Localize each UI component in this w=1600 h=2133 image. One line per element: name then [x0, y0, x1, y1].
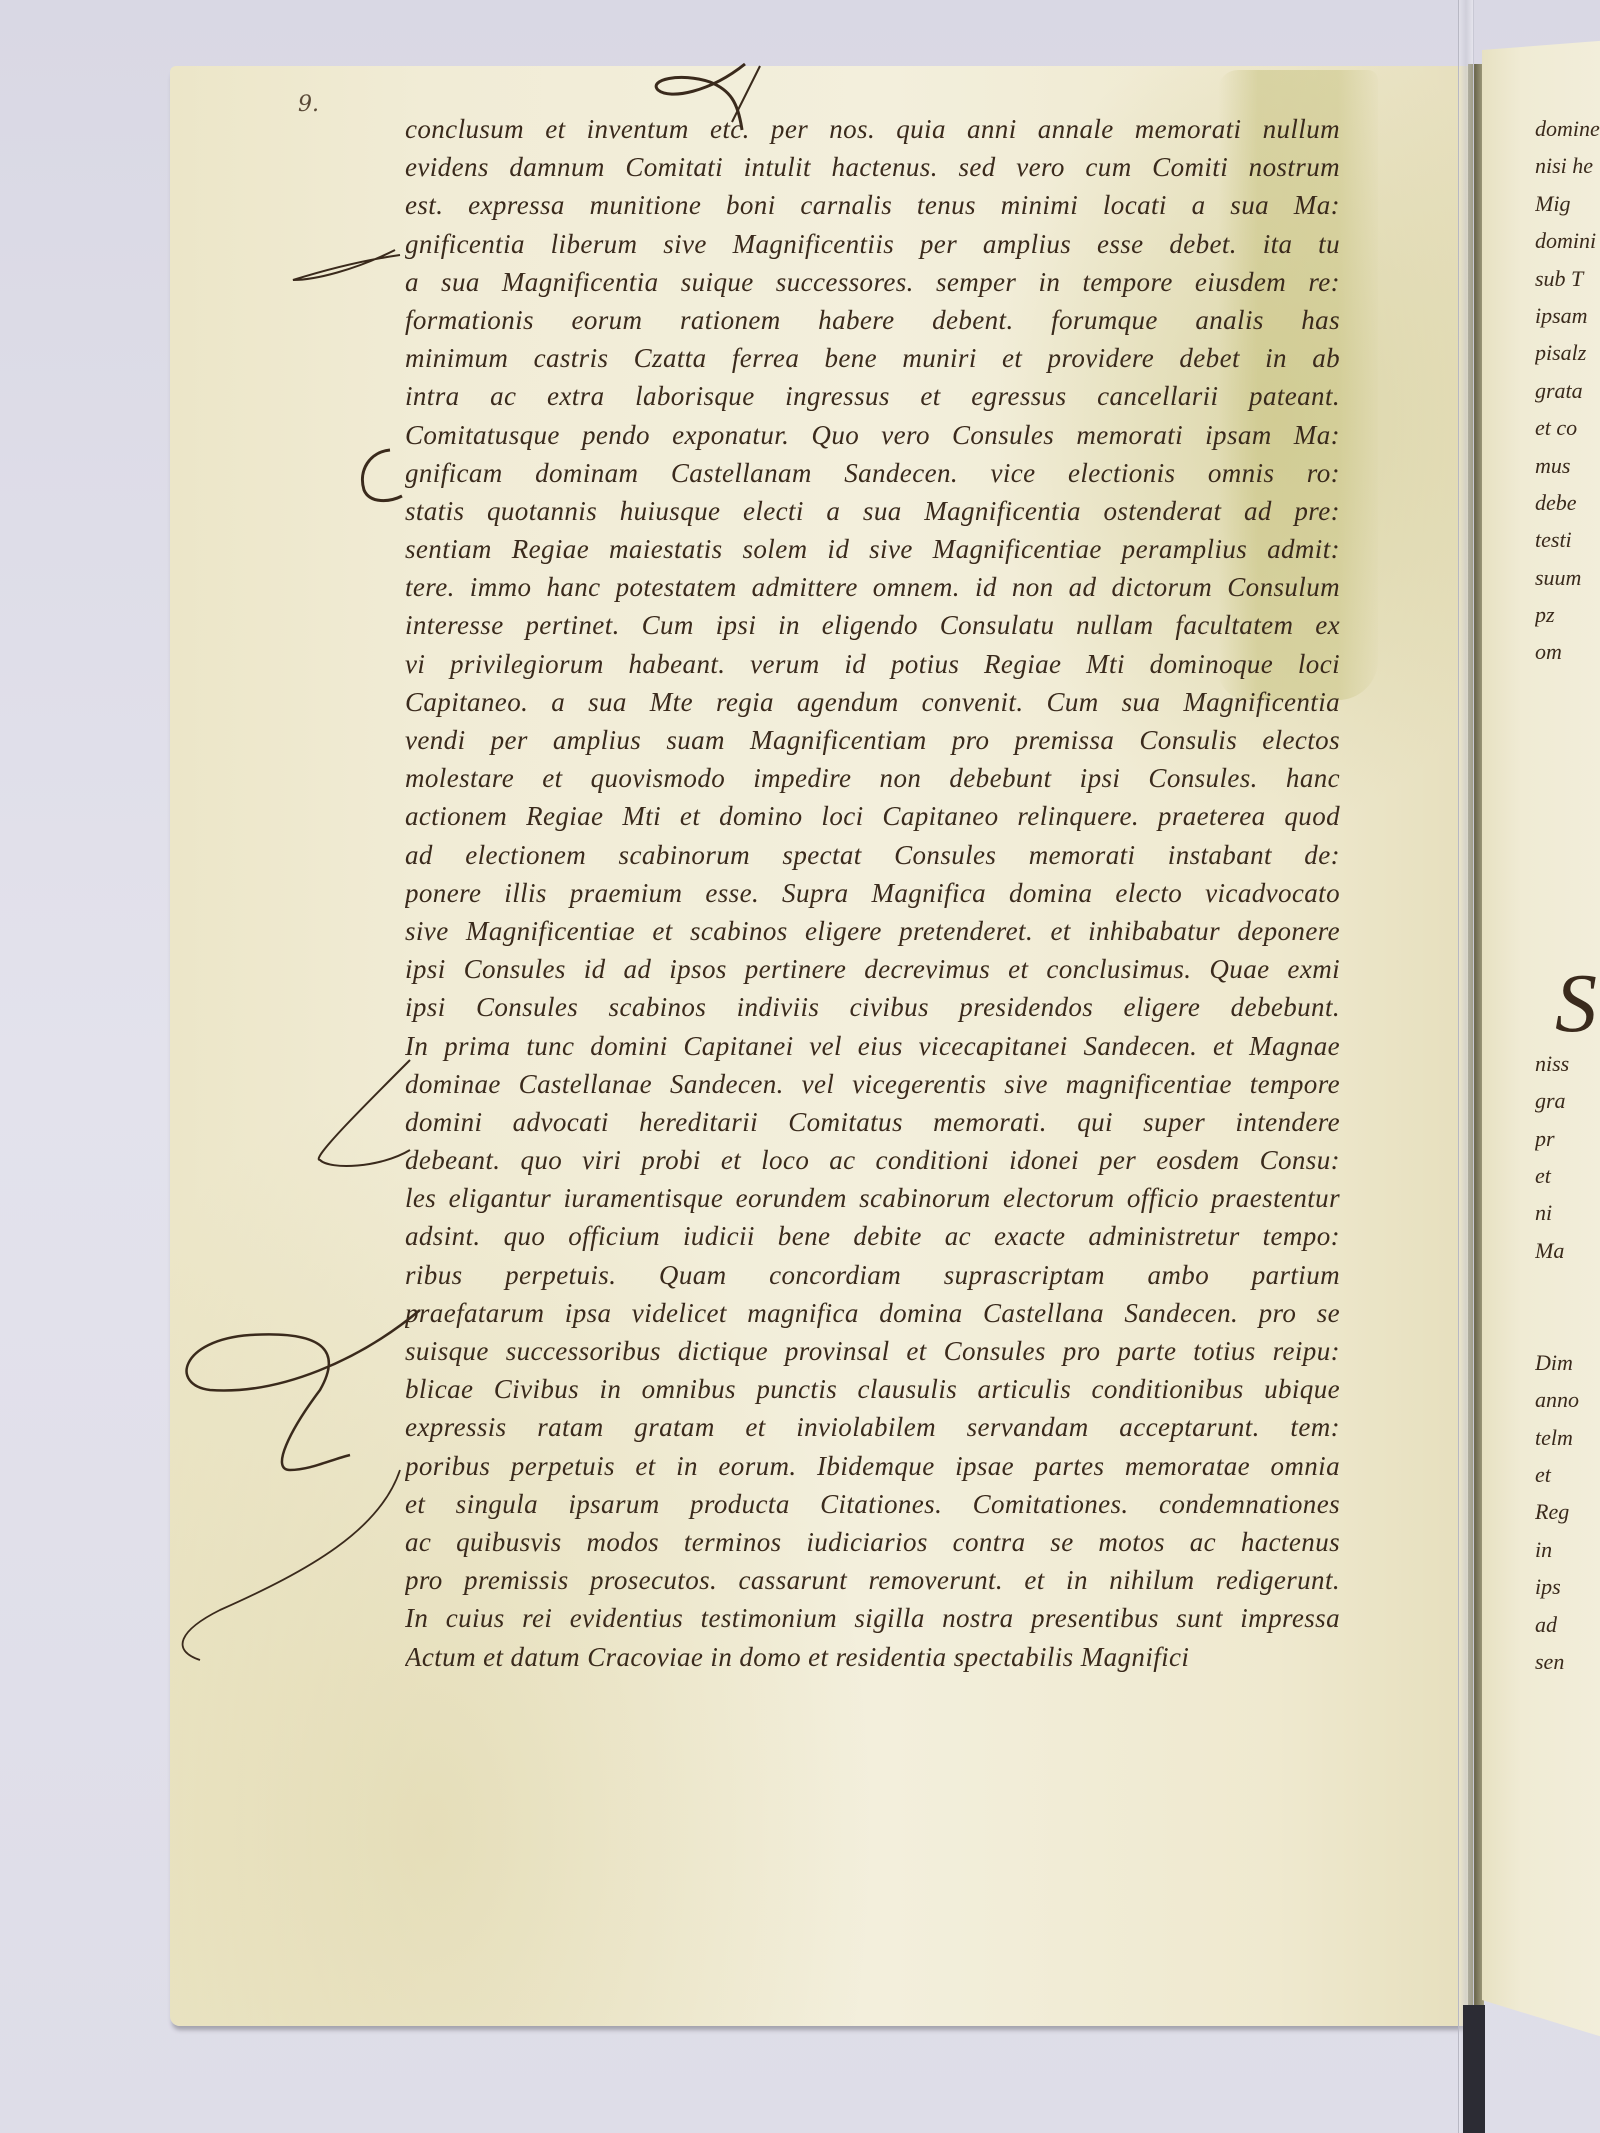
recto-line — [1535, 820, 1600, 857]
recto-line: in — [1535, 1531, 1600, 1568]
manuscript-line: blicae Civibus in omnibus punctis clausu… — [405, 1370, 1340, 1408]
manuscript-line: gnificentia liberum sive Magnificentiis … — [405, 225, 1340, 263]
manuscript-line: ipsi Consules id ad ipsos pertinere decr… — [405, 950, 1340, 988]
manuscript-line: praefatarum ipsa videlicet magnifica dom… — [405, 1294, 1340, 1332]
manuscript-line: dominae Castellanae Sandecen. vel vicege… — [405, 1065, 1340, 1103]
recto-line: Reg — [1535, 1493, 1600, 1530]
recto-line: mus — [1535, 447, 1600, 484]
manuscript-line: minimum castris Czatta ferrea bene munir… — [405, 339, 1340, 377]
recto-line: grata — [1535, 372, 1600, 409]
manuscript-line: intra ac extra laborisque ingressus et e… — [405, 377, 1340, 415]
manuscript-line: ipsi Consules scabinos indiviis civibus … — [405, 988, 1340, 1026]
recto-line: Ma — [1535, 1232, 1600, 1269]
recto-line: Dim — [1535, 1344, 1600, 1381]
recto-line: ni — [1535, 1194, 1600, 1231]
manuscript-line: tere. immo hanc potestatem admittere omn… — [405, 568, 1340, 606]
manuscript-line: pro premissis prosecutos. cassarunt remo… — [405, 1561, 1340, 1599]
recto-line: ips — [1535, 1568, 1600, 1605]
manuscript-line: In prima tunc domini Capitanei vel eius … — [405, 1027, 1340, 1065]
manuscript-line: ponere illis praemium esse. Supra Magnif… — [405, 874, 1340, 912]
recto-line: anno — [1535, 1381, 1600, 1418]
manuscript-line: sive Magnificentiae et scabinos eligere … — [405, 912, 1340, 950]
recto-decorated-initial: S — [1555, 955, 1597, 1052]
manuscript-line: molestare et quovismodo impedire non deb… — [405, 759, 1340, 797]
folio-marker: 9. — [298, 92, 319, 117]
recto-line — [1535, 783, 1600, 820]
recto-text-fragments: domine nisi he Mig domini sub T ipsam pi… — [1535, 110, 1600, 1680]
manuscript-line: expressis ratam gratam et inviolabilem s… — [405, 1408, 1340, 1446]
manuscript-line: vendi per amplius suam Magnificentiam pr… — [405, 721, 1340, 759]
manuscript-line: gnificam dominam Castellanam Sandecen. v… — [405, 454, 1340, 492]
recto-line: suum — [1535, 559, 1600, 596]
manuscript-line: statis quotannis huiusque electi a sua M… — [405, 492, 1340, 530]
recto-line — [1535, 708, 1600, 745]
recto-line — [1535, 895, 1600, 932]
manuscript-line: conclusum et inventum etc. per nos. quia… — [405, 110, 1340, 148]
recto-line: sub T — [1535, 260, 1600, 297]
manuscript-line: Capitaneo. a sua Mte regia agendum conve… — [405, 683, 1340, 721]
recto-line: gra — [1535, 1082, 1600, 1119]
manuscript-line: evidens damnum Comitati intulit hactenus… — [405, 148, 1340, 186]
recto-line — [1535, 671, 1600, 708]
manuscript-line: ad electionem scabinorum spectat Consule… — [405, 836, 1340, 874]
manuscript-line: Actum et datum Cracoviae in domo et resi… — [405, 1638, 1340, 1676]
recto-line: testi — [1535, 521, 1600, 558]
recto-line: pisalz — [1535, 334, 1600, 371]
recto-line — [1535, 1269, 1600, 1306]
recto-line: domini — [1535, 222, 1600, 259]
manuscript-line: poribus perpetuis et in eorum. Ibidemque… — [405, 1447, 1340, 1485]
manuscript-line: et singula ipsarum producta Citationes. … — [405, 1485, 1340, 1523]
recto-line: et — [1535, 1456, 1600, 1493]
manuscript-text-block: conclusum et inventum etc. per nos. quia… — [405, 110, 1340, 1676]
recto-line: ipsam — [1535, 297, 1600, 334]
manuscript-line: sentiam Regiae maiestatis solem id sive … — [405, 530, 1340, 568]
manuscript-line: ac quibusvis modos terminos iudiciarios … — [405, 1523, 1340, 1561]
manuscript-line: vi privilegiorum habeant. verum id potiu… — [405, 645, 1340, 683]
manuscript-line: Comitatusque pendo exponatur. Quo vero C… — [405, 416, 1340, 454]
manuscript-line: les eligantur iuramentisque eorundem sca… — [405, 1179, 1340, 1217]
recto-line: et — [1535, 1157, 1600, 1194]
recto-line: domine — [1535, 110, 1600, 147]
manuscript-line: est. expressa munitione boni carnalis te… — [405, 186, 1340, 224]
recto-line — [1535, 858, 1600, 895]
recto-line: ad — [1535, 1606, 1600, 1643]
recto-line — [1535, 746, 1600, 783]
manuscript-line: interesse pertinet. Cum ipsi in eligendo… — [405, 606, 1340, 644]
manuscript-line: suisque successoribus dictique provinsal… — [405, 1332, 1340, 1370]
recto-line — [1535, 1307, 1600, 1344]
recto-line: sen — [1535, 1643, 1600, 1680]
binding-clamp — [1463, 2005, 1485, 2133]
recto-line: Mig — [1535, 185, 1600, 222]
recto-line: telm — [1535, 1419, 1600, 1456]
manuscript-line: domini advocati hereditarii Comitatus me… — [405, 1103, 1340, 1141]
manuscript-line: a sua Magnificentia suique successores. … — [405, 263, 1340, 301]
manuscript-line: ribus perpetuis. Quam concordiam suprasc… — [405, 1256, 1340, 1294]
recto-line: nisi he — [1535, 147, 1600, 184]
recto-line: pz — [1535, 596, 1600, 633]
recto-line: om — [1535, 633, 1600, 670]
manuscript-line: actionem Regiae Mti et domino loci Capit… — [405, 797, 1340, 835]
recto-line: pr — [1535, 1120, 1600, 1157]
manuscript-line: In cuius rei evidentius testimonium sigi… — [405, 1599, 1340, 1637]
manuscript-line: formationis eorum rationem habere debent… — [405, 301, 1340, 339]
glass-plate-edge — [1458, 0, 1474, 2133]
manuscript-line: debeant. quo viri probi et loco ac condi… — [405, 1141, 1340, 1179]
recto-line: debe — [1535, 484, 1600, 521]
recto-line: et co — [1535, 409, 1600, 446]
manuscript-line: adsint. quo officium iudicii bene debite… — [405, 1217, 1340, 1255]
